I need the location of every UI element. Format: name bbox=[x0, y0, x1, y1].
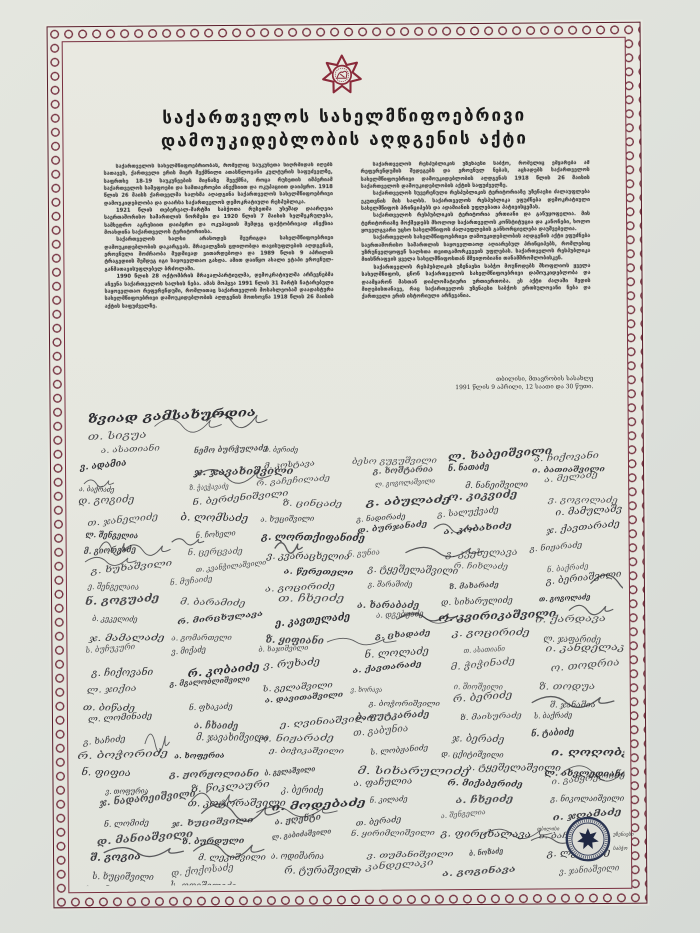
dating-block: თბილისი, მთავრობის სასახლე 1991 წლის 9 ა… bbox=[455, 375, 593, 392]
body-paragraph: საქართველოს სახელმწიფოებრიობას, რომელიც … bbox=[104, 162, 333, 208]
right-text-column: საქართველოს რესპუბლიკის უზენაესი საბჭო, … bbox=[361, 160, 592, 394]
left-text-column: საქართველოს სახელმწიფოებრიობას, რომელიც … bbox=[104, 162, 335, 396]
seal-side-text-2: უზენაესი bbox=[613, 832, 634, 838]
body-paragraph: საქართველოს რესპუბლიკის ტერიტორია ერთიან… bbox=[361, 211, 590, 235]
seal-side-text-1: თბილისი bbox=[537, 826, 559, 832]
official-seal-icon bbox=[565, 816, 611, 862]
body-text: საქართველოს სახელმწიფოებრიობას, რომელიც … bbox=[104, 160, 592, 396]
document-paper: საქართველოს სახელმწიფოებრივი დამოუკიდებლ… bbox=[45, 20, 650, 911]
signature-flourishes bbox=[69, 392, 625, 886]
signature-field: ზვიად გამსახურდიათ. სიგუაა. ასათიანინემო… bbox=[69, 392, 625, 886]
body-paragraph: საქართველოს სუვერენული რესპუბლიკის ტერიტ… bbox=[361, 189, 590, 213]
body-paragraph: 1921 წლის თებერვალ-მარტში საბჭოთა რუსეთმ… bbox=[104, 206, 333, 237]
document-title: საქართველოს სახელმწიფოებრივი დამოუკიდებლ… bbox=[105, 104, 583, 154]
body-paragraph: საქართველოს ხალხი არასოდეს შეურიგდა სახე… bbox=[104, 236, 333, 275]
body-paragraph: საქართველოს რესპუბლიკის უზენაესი საბჭო მ… bbox=[361, 263, 590, 302]
body-paragraph: საქართველოს რესპუბლიკის უზენაესი საბჭო, … bbox=[361, 160, 590, 191]
body-paragraph: საქართველოს სახელმწიფოებრივი დამოუკიდებლ… bbox=[361, 234, 590, 265]
body-paragraph: 1990 წლის 28 ოქტომბრის მრავალპარტიულმა, … bbox=[104, 272, 333, 311]
seal-side-text-3: საბჭო bbox=[613, 846, 627, 852]
date-line: 1991 წლის 9 აპრილი, 12 საათი და 30 წუთი. bbox=[455, 383, 593, 392]
emblem-star-icon bbox=[321, 53, 363, 95]
title-line-2: დამოუკიდებლობის აღდგენის აქტი bbox=[105, 127, 583, 154]
